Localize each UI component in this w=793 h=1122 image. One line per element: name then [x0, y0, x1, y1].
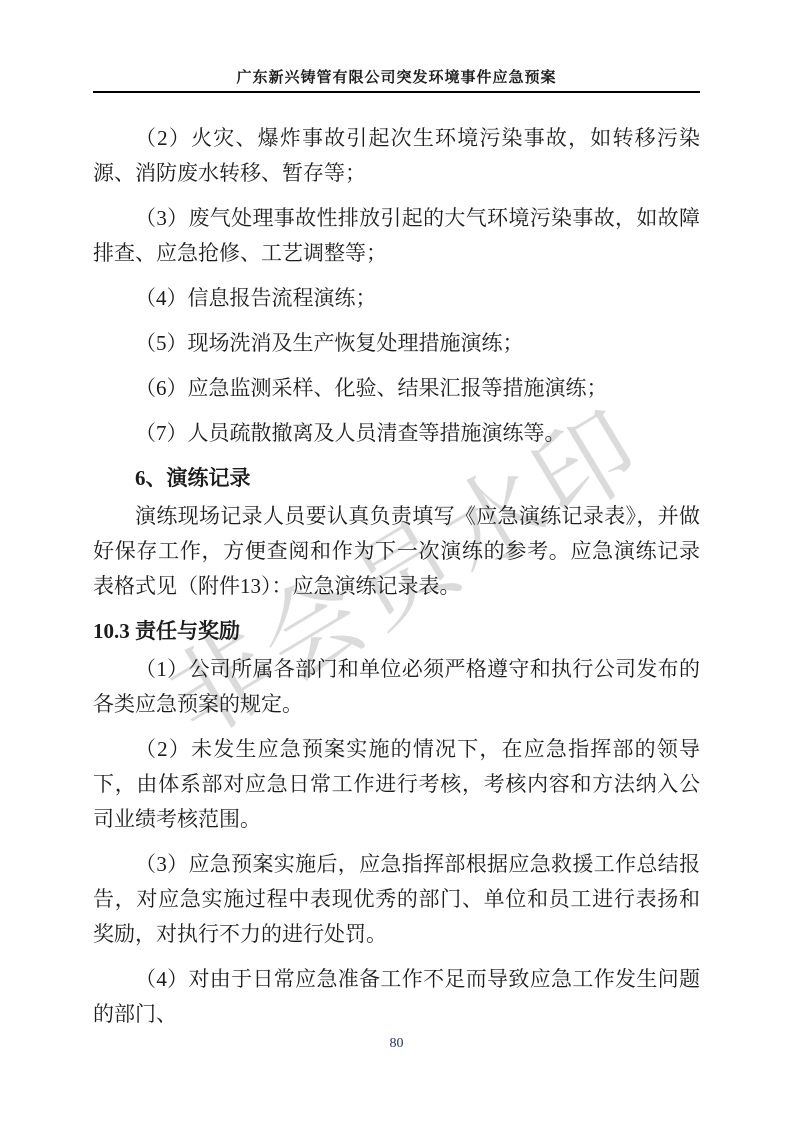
page-footer: 80 [0, 1034, 793, 1052]
paragraph-drill-record: 演练现场记录人员要认真负责填写《应急演练记录表》，并做好保存工作，方便查阅和作为… [93, 499, 700, 604]
list-item-resp-4: （4）对由于日常应急准备工作不足而导致应急工作发生问题的部门、 [93, 962, 700, 1032]
document-body: （2）火灾、爆炸事故引起次生环境污染事故，如转移污染源、消防废水转移、暂存等； … [93, 121, 700, 1042]
page-header: 广东新兴铸管有限公司突发环境事件应急预案 [93, 0, 700, 93]
list-item-info-report: （4）信息报告流程演练； [93, 281, 700, 316]
list-item-resp-1: （1）公司所属各部门和单位必须严格遵守和执行公司发布的各类应急预案的规定。 [93, 652, 700, 722]
list-item-monitoring: （6）应急监测采样、化验、结果汇报等措施演练； [93, 371, 700, 406]
list-item-waste-gas: （3）废气处理事故性排放引起的大气环境污染事故，如故障排查、应急抢修、工艺调整等… [93, 201, 700, 271]
heading-responsibility-reward: 10.3 责任与奖励 [93, 614, 700, 649]
document-page: 非会员水印 广东新兴铸管有限公司突发环境事件应急预案 （2）火灾、爆炸事故引起次… [0, 0, 793, 1122]
list-item-fire-accident: （2）火灾、爆炸事故引起次生环境污染事故，如转移污染源、消防废水转移、暂存等； [93, 121, 700, 191]
list-item-decontamination: （5）现场洗消及生产恢复处理措施演练； [93, 326, 700, 361]
list-item-resp-3: （3）应急预案实施后，应急指挥部根据应急救援工作总结报告，对应急实施过程中表现优… [93, 847, 700, 952]
list-item-resp-2: （2）未发生应急预案实施的情况下，在应急指挥部的领导下，由体系部对应急日常工作进… [93, 732, 700, 837]
list-item-evacuation: （7）人员疏散撤离及人员清查等措施演练等。 [93, 416, 700, 451]
header-title: 广东新兴铸管有限公司突发环境事件应急预案 [236, 66, 556, 87]
page-number: 80 [390, 1036, 404, 1052]
heading-drill-record: 6、演练记录 [93, 461, 700, 496]
